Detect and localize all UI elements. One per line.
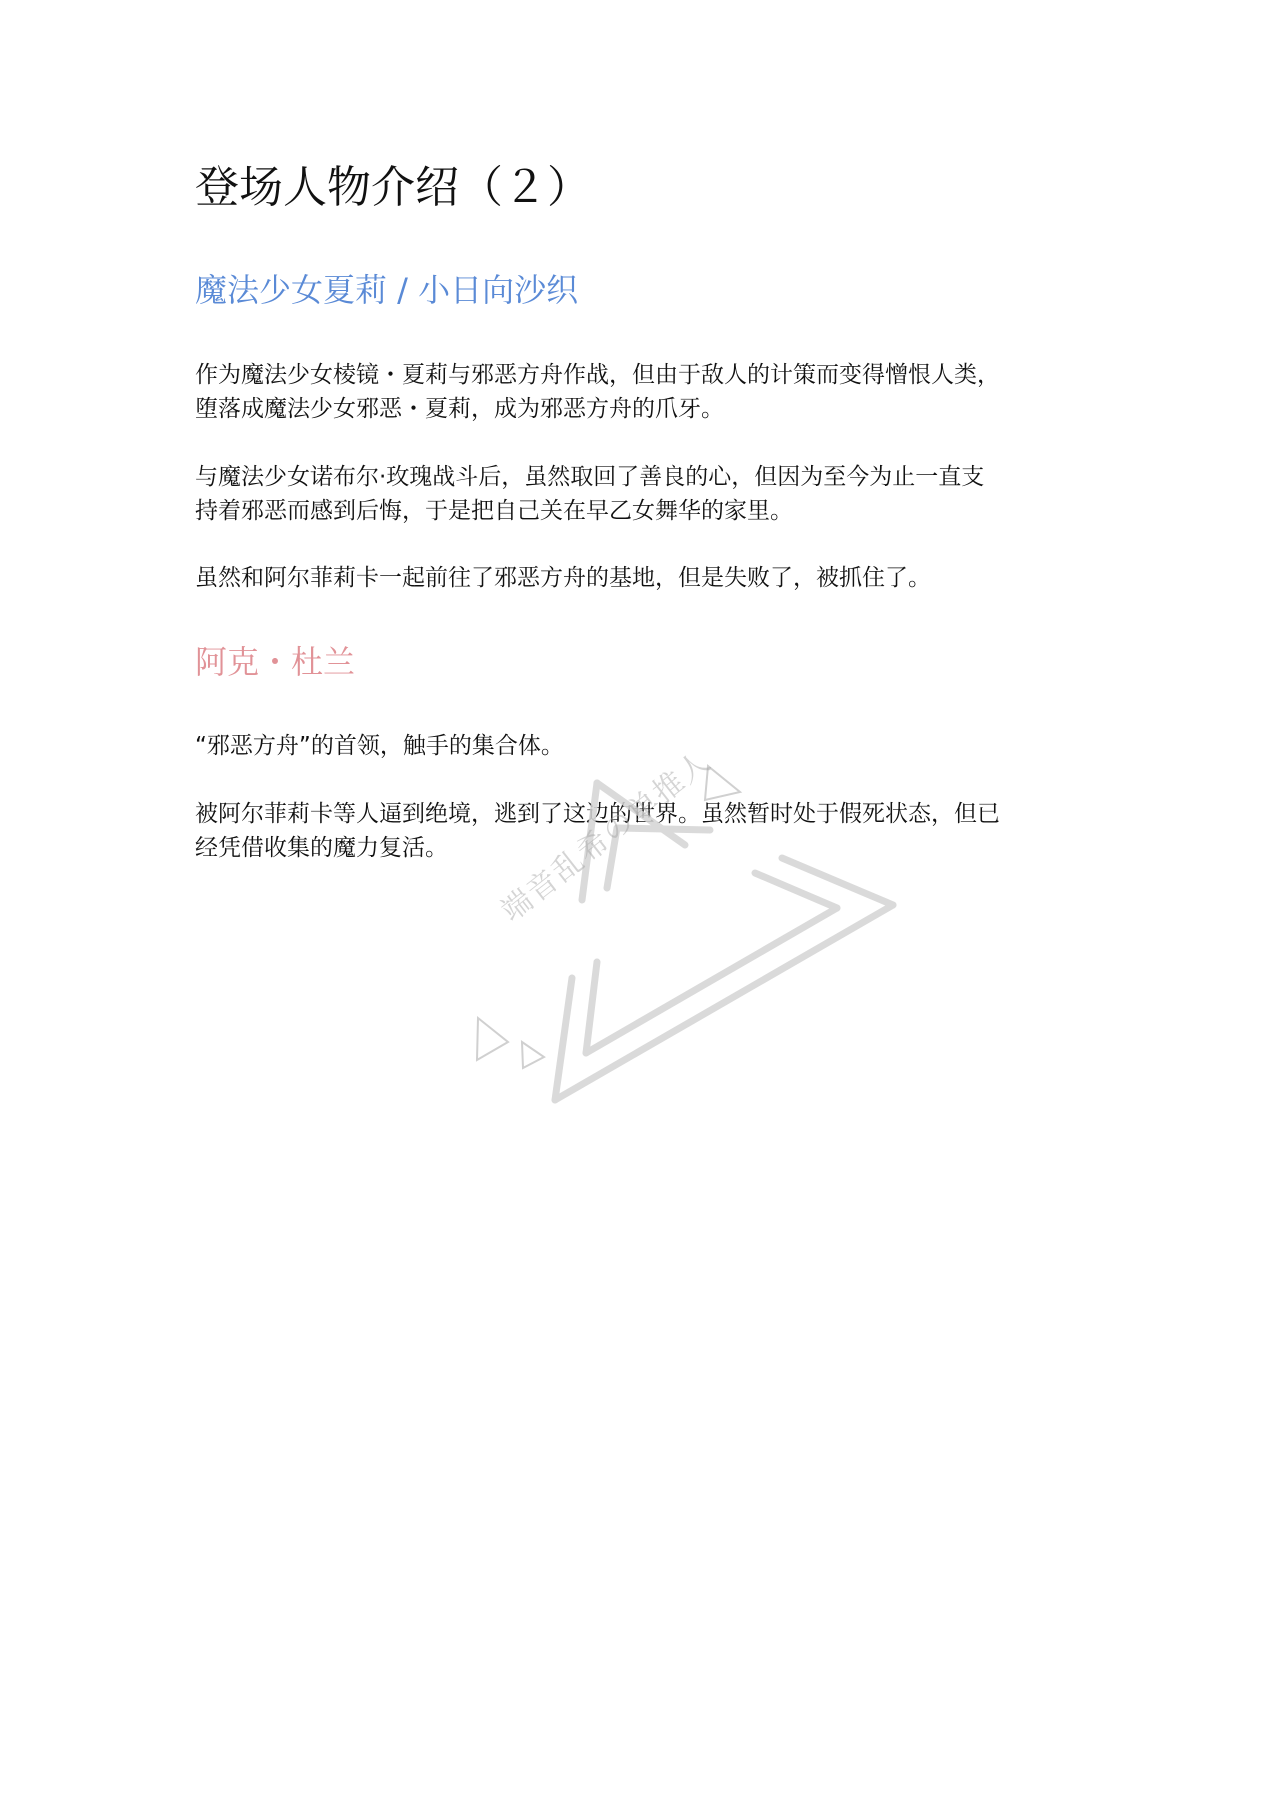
paragraph-line: 持着邪恶而感到后悔，于是把自己关在早乙女舞华的家里。 <box>195 494 1095 528</box>
paragraph-line: 堕落成魔法少女邪恶・夏莉，成为邪恶方舟的爪牙。 <box>195 392 1095 426</box>
paragraph-line: 作为魔法少女棱镜・夏莉与邪恶方舟作战，但由于敌人的计策而变得憎恨人类， <box>195 358 1095 392</box>
section-heading-ark-duran: 阿克・杜兰 <box>195 642 355 682</box>
page-title: 登场人物介绍（２） <box>195 160 591 216</box>
paragraph: 虽然和阿尔菲莉卡一起前往了邪恶方舟的基地，但是失败了，被抓住了。 <box>195 561 1095 595</box>
section-heading-sharie: 魔法少女夏莉 / 小日向沙织 <box>195 270 578 310</box>
paragraph-line: “邪恶方舟”的首领，触手的集合体。 <box>195 729 1095 763</box>
paragraph-line: 与魔法少女诺布尔·玫瑰战斗后，虽然取回了善良的心，但因为至今为止一直支 <box>195 460 1095 494</box>
paragraph: 作为魔法少女棱镜・夏莉与邪恶方舟作战，但由于敌人的计策而变得憎恨人类， 堕落成魔… <box>195 358 1095 426</box>
paragraph: 与魔法少女诺布尔·玫瑰战斗后，虽然取回了善良的心，但因为至今为止一直支 持着邪恶… <box>195 460 1095 528</box>
document-page: 登场人物介绍（２） 魔法少女夏莉 / 小日向沙织 作为魔法少女棱镜・夏莉与邪恶方… <box>0 0 1280 1810</box>
paragraph: “邪恶方舟”的首领，触手的集合体。 <box>195 729 1095 763</box>
paragraph-line: 经凭借收集的魔力复活。 <box>195 831 1095 865</box>
paragraph-line: 虽然和阿尔菲莉卡一起前往了邪恶方舟的基地，但是失败了，被抓住了。 <box>195 561 1095 595</box>
